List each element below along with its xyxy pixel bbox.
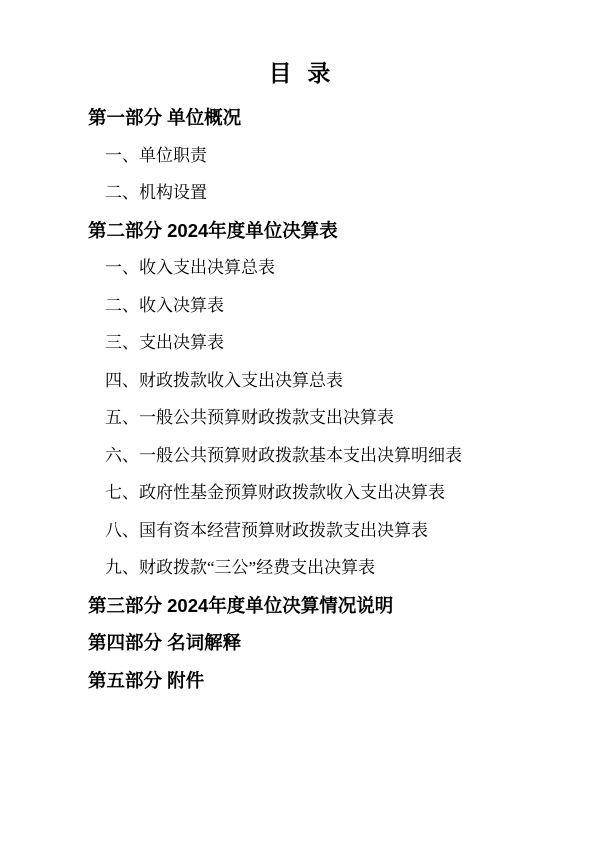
document-page: 目 录 第一部分 单位概况 一、单位职责 二、机构设置 第二部分 2024年度单… bbox=[0, 0, 600, 848]
toc-part-1: 第一部分 单位概况 bbox=[0, 99, 600, 137]
toc-p2-item-9: 九、财政拨款“三公”经费支出决算表 bbox=[0, 549, 600, 587]
toc-part-5: 第五部分 附件 bbox=[0, 662, 600, 700]
toc-p1-item-2: 二、机构设置 bbox=[0, 174, 600, 212]
toc-part-4: 第四部分 名词解释 bbox=[0, 624, 600, 662]
toc-p2-item-4: 四、财政拨款收入支出决算总表 bbox=[0, 362, 600, 400]
toc-p1-item-1: 一、单位职责 bbox=[0, 137, 600, 175]
toc-p2-item-3: 三、支出决算表 bbox=[0, 324, 600, 362]
toc-p2-item-1: 一、收入支出决算总表 bbox=[0, 249, 600, 287]
toc-part-3: 第三部分 2024年度单位决算情况说明 bbox=[0, 587, 600, 625]
toc-p2-item-8: 八、国有资本经营预算财政拨款支出决算表 bbox=[0, 512, 600, 550]
toc-list: 第一部分 单位概况 一、单位职责 二、机构设置 第二部分 2024年度单位决算表… bbox=[0, 99, 600, 699]
toc-p2-item-7: 七、政府性基金预算财政拨款收入支出决算表 bbox=[0, 474, 600, 512]
toc-part-2: 第二部分 2024年度单位决算表 bbox=[0, 212, 600, 250]
toc-p2-item-6: 六、一般公共预算财政拨款基本支出决算明细表 bbox=[0, 437, 600, 475]
toc-title: 目 录 bbox=[0, 49, 600, 97]
toc-p2-item-5: 五、一般公共预算财政拨款支出决算表 bbox=[0, 399, 600, 437]
toc-p2-item-2: 二、收入决算表 bbox=[0, 287, 600, 325]
